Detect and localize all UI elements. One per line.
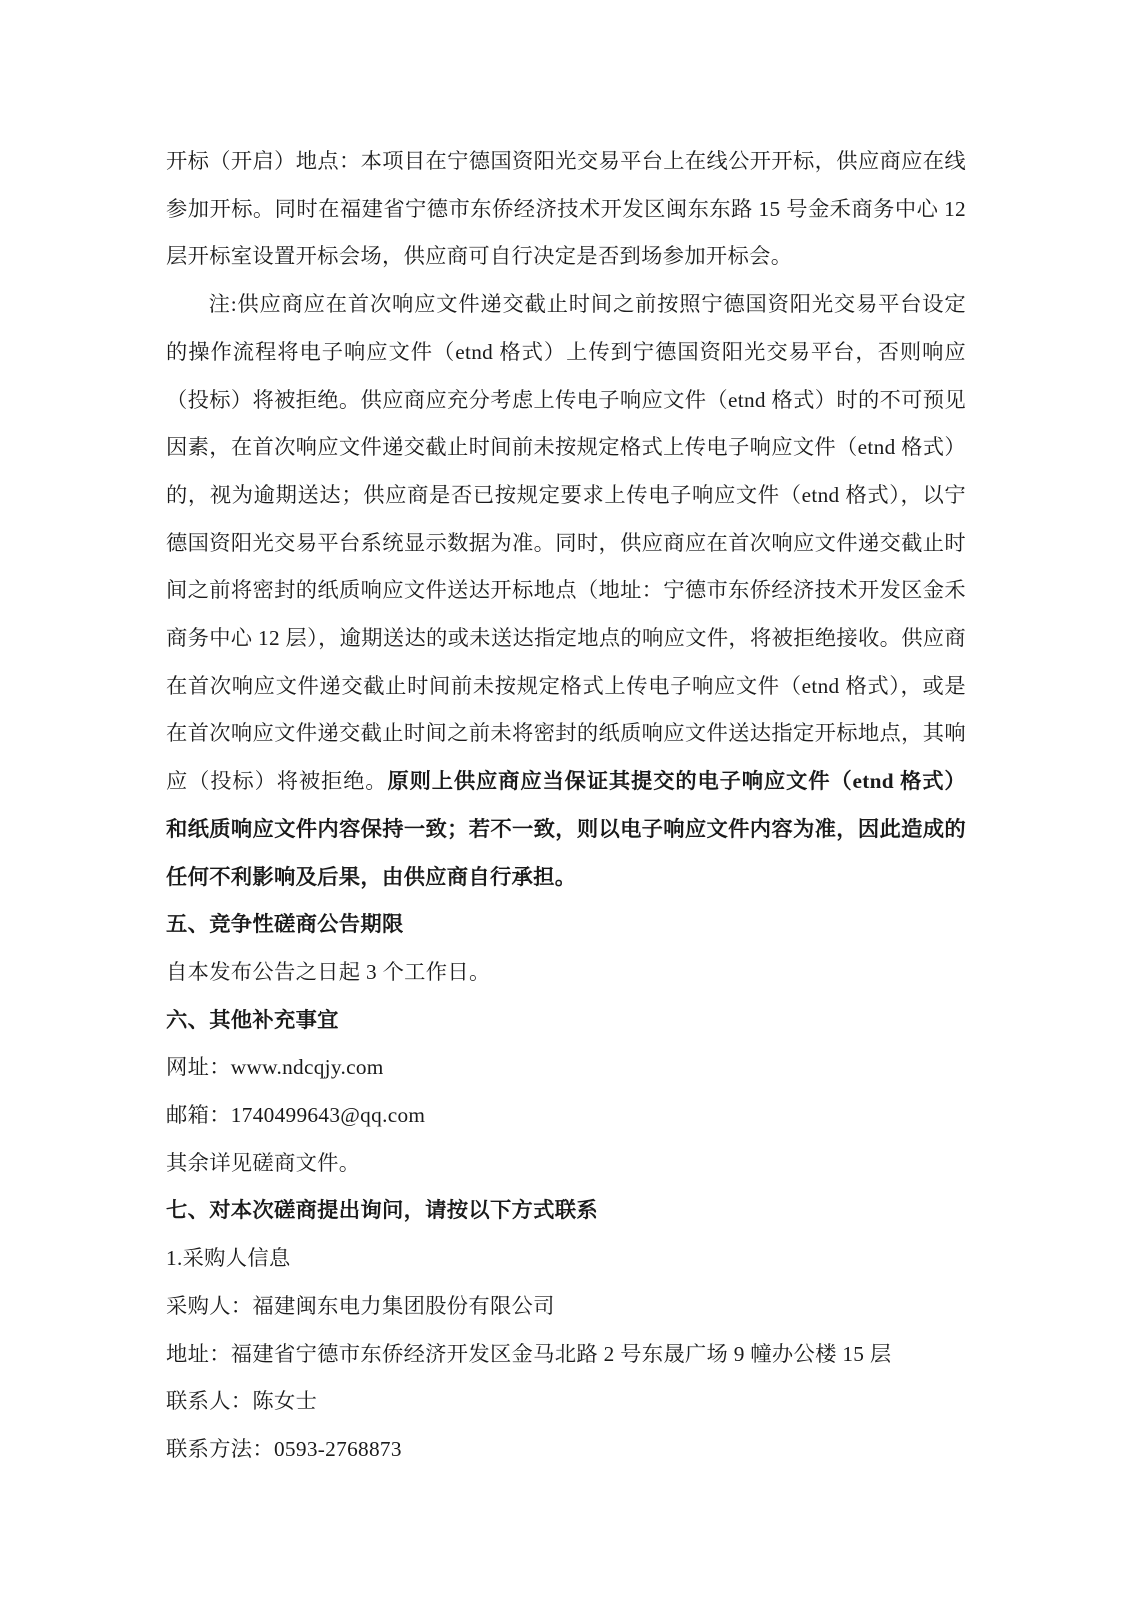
address-line: 地址：福建省宁德市东侨经济开发区金马北路 2 号东晟广场 9 幢办公楼 15 层	[166, 1331, 966, 1379]
website-line: 网址：www.ndcqjy.com	[166, 1044, 966, 1092]
document-page: 开标（开启）地点：本项目在宁德国资阳光交易平台上在线公开开标，供应商应在线参加开…	[0, 0, 1131, 1600]
email-line: 邮箱：1740499643@qq.com	[166, 1092, 966, 1140]
opening-location-paragraph: 开标（开启）地点：本项目在宁德国资阳光交易平台上在线公开开标，供应商应在线参加开…	[166, 138, 966, 281]
contact-person-line: 联系人：陈女士	[166, 1378, 966, 1426]
purchaser-info-label: 1.采购人信息	[166, 1235, 966, 1283]
purchaser-line: 采购人：福建闽东电力集团股份有限公司	[166, 1283, 966, 1331]
section6-heading: 六、其他补充事宜	[166, 997, 966, 1045]
section7-heading: 七、对本次磋商提出询问，请按以下方式联系	[166, 1187, 966, 1235]
section5-heading: 五、竞争性磋商公告期限	[166, 901, 966, 949]
contact-phone-line: 联系方法：0593-2768873	[166, 1426, 966, 1474]
note-paragraph: 注:供应商应在首次响应文件递交截止时间之前按照宁德国资阳光交易平台设定的操作流程…	[166, 281, 966, 901]
section5-body: 自本发布公告之日起 3 个工作日。	[166, 949, 966, 997]
see-consultation-document-line: 其余详见磋商文件。	[166, 1140, 966, 1188]
note-paragraph-normal-run: 注:供应商应在首次响应文件递交截止时间之前按照宁德国资阳光交易平台设定的操作流程…	[166, 292, 966, 793]
